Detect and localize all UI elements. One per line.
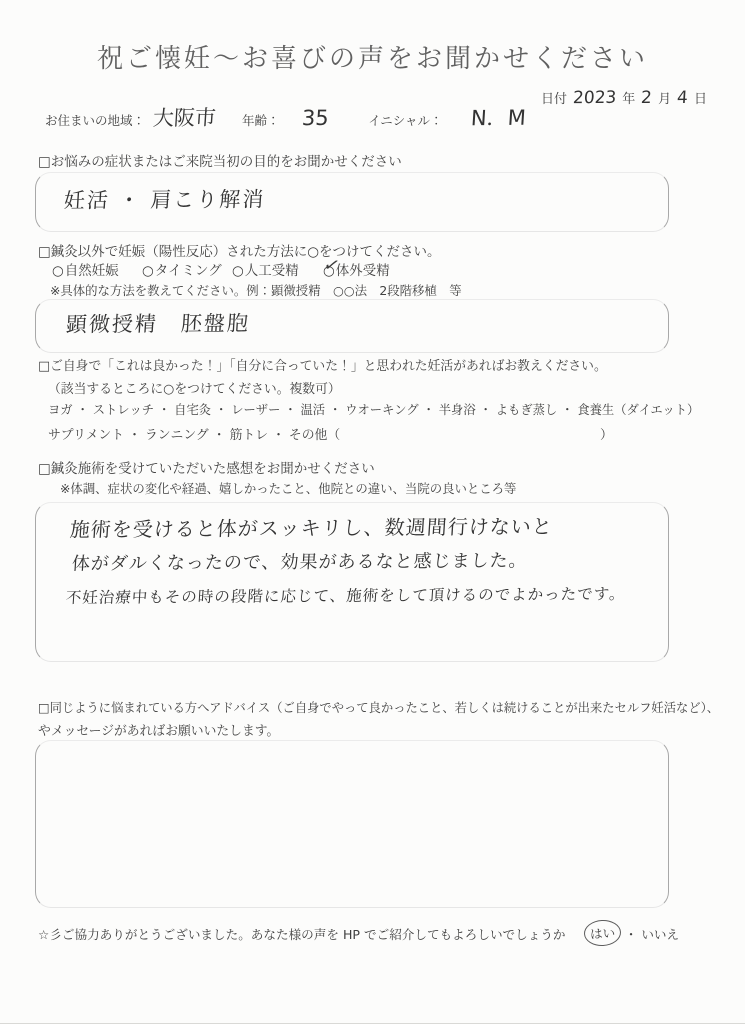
q1-label: □お悩みの症状またはご来院当初の目的をお聞かせください: [38, 150, 402, 170]
q2-option-ivf-label: 体外受精: [336, 263, 390, 279]
q3-label: □ご自身で「これは良かった！」「自分に合っていた！」と思われた妊活があればお教え…: [38, 355, 607, 374]
circle-mark-icon: ○: [232, 263, 244, 279]
region-value: 大阪市: [152, 102, 217, 132]
q2-option-timing: ○タイミング: [142, 259, 222, 279]
q2-note: ※具体的な方法を教えてください。例：顕微授精 ○○法 2段階移植 等: [50, 281, 462, 299]
initial-value: N．M: [470, 102, 527, 132]
yes-label: はい: [589, 925, 615, 941]
q4-handwritten-line2: 体がダルくなったので、効果があるなと感じました。: [71, 546, 528, 575]
circle-mark-icon: ○: [52, 263, 64, 279]
q4-label: □鍼灸施術を受けていただいた感想をお聞かせください: [38, 457, 375, 477]
q1-answer-box: 妊活 ・ 肩こり解消: [35, 172, 669, 232]
region-label: お住まいの地域：: [45, 111, 145, 129]
scanned-questionnaire-page: 祝ご懐妊～お喜びの声をお聞かせください 日付 2023 年 2 月 4 日 お住…: [0, 0, 745, 1024]
yes-no-separator: ・: [625, 924, 638, 943]
q2-option-timing-label: タイミング: [155, 263, 222, 279]
q5-label-line1: □同じように悩まれている方へアドバイス（ご自身でやって良かったこと、若しくは続け…: [38, 698, 719, 716]
no-label: いいえ: [641, 924, 679, 943]
q3-sublabel: （該当するところに○をつけてください。複数可）: [48, 378, 341, 397]
age-label: 年齢：: [242, 111, 280, 129]
initial-label: イニシャル：: [368, 111, 442, 129]
q2-option-ivf: ○✓体外受精: [323, 259, 390, 279]
yes-circled-answer: はい: [583, 919, 621, 947]
q5-label-line2: やメッセージがあればお願いいたします。: [38, 720, 279, 739]
profile-row: お住まいの地域： 大阪市 年齢： 35 イニシャル： N．M: [45, 102, 525, 132]
q1-handwritten-answer: 妊活 ・ 肩こり解消: [63, 183, 266, 214]
page-title: 祝ご懐妊～お喜びの声をお聞かせください: [0, 38, 745, 75]
q2-option-artificial: ○人工受精: [232, 259, 299, 279]
q2-option-natural: ○自然妊娠: [52, 259, 119, 279]
q3-options-line2-close: ）: [600, 424, 613, 443]
q2-option-natural-label: 自然妊娠: [65, 263, 119, 279]
circle-mark-icon: ○: [142, 263, 154, 279]
footer-row: ☆彡ご協力ありがとうございました。あなた様の声を HP でご紹介してもよろしいで…: [38, 920, 679, 946]
date-prefix-label: 日付: [541, 88, 567, 107]
q3-options-line2: サプリメント ・ ランニング ・ 筋トレ ・ その他（: [48, 424, 340, 443]
date-day-value: 4: [677, 88, 689, 108]
date-row: 日付 2023 年 2 月 4 日: [541, 88, 707, 108]
date-month-value: 2: [641, 88, 653, 108]
date-month-label: 月: [658, 88, 671, 107]
q4-note: ※体調、症状の変化や経過、嬉しかったこと、他院との違い、当院の良いところ等: [60, 479, 516, 497]
q4-handwritten-line1: 施術を受けると体がスッキリし、数週間行けないと: [69, 510, 554, 542]
q4-handwritten-line3: 不妊治療中もその時の段階に応じて、施術をして頂けるのでよかったです。: [65, 582, 626, 608]
date-day-label: 日: [694, 88, 707, 107]
q2-handwritten-answer: 顕微授精 胚盤胞: [65, 307, 251, 338]
q2-label: □鍼灸以外で妊娠（陽性反応）された方法に○をつけてください。: [38, 240, 441, 260]
q2-option-artificial-label: 人工受精: [245, 263, 299, 279]
age-value: 35: [301, 106, 329, 130]
q2-answer-box: 顕微授精 胚盤胞: [35, 299, 669, 353]
footer-thanks-text: ☆彡ご協力ありがとうございました。あなた様の声を HP でご紹介してもよろしいで…: [38, 924, 566, 943]
q3-options-line1: ヨガ ・ ストレッチ ・ 自宅灸 ・ レーザー ・ 温活 ・ ウオーキング ・ …: [48, 400, 699, 418]
circle-mark-icon: ○✓: [323, 263, 335, 279]
date-year-label: 年: [622, 88, 635, 107]
q5-answer-box: [35, 740, 669, 908]
date-year-value: 2023: [572, 88, 617, 108]
